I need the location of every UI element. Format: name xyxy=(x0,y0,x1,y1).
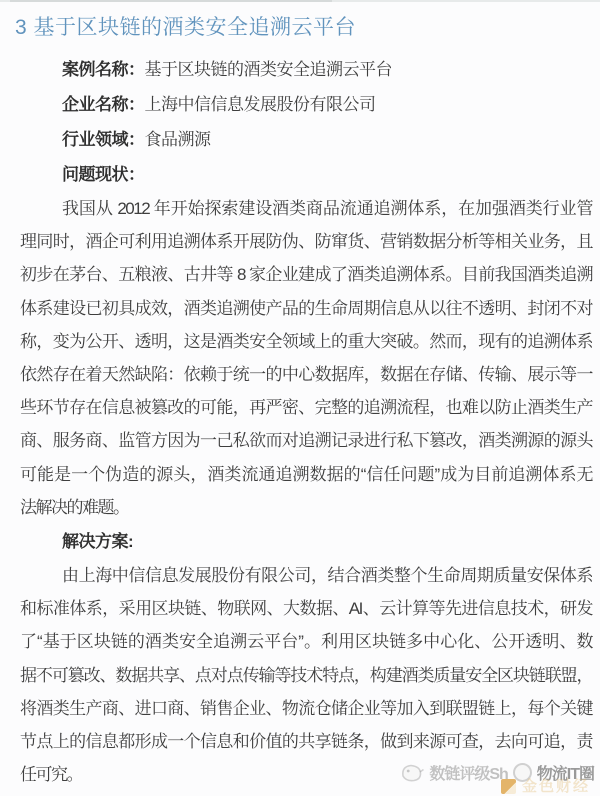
page-title: 3 基于区块链的酒类安全追溯云平台 xyxy=(15,14,585,42)
meta-row: 企业名称：上海中信信息发展股份有限公司 xyxy=(62,87,590,122)
meta-row: 问题现状： xyxy=(62,157,590,192)
meta-label: 问题现状： xyxy=(62,165,145,184)
paragraph-line: 可能是一个伪造的源头，酒类流通追溯数据的“信任问题”成为目前追溯体系无 xyxy=(20,458,592,491)
meta-value: 上海中信信息发展股份有限公司 xyxy=(145,95,376,114)
meta-value: 基于区块链的酒类安全追溯云平台 xyxy=(145,60,393,79)
meta-label: 企业名称： xyxy=(62,95,145,114)
paragraph-line: 我国从 2012 年开始探索建设酒类商品流通追溯体系，在加强酒类行业管 xyxy=(20,192,592,225)
paragraph-line: 了“基于区块链的酒类安全追溯云平台”。利用区块链多中心化、公开透明、数 xyxy=(20,625,592,658)
top-divider-segment xyxy=(10,0,332,2)
paragraph-line: 任可究。 xyxy=(20,758,592,791)
paragraph-line: 称，变为公开、透明，这是酒类安全领域上的重大突破。然而，现有的追溯体系 xyxy=(20,325,592,358)
paragraph-line: 节点上的信息都形成一个信息和价值的共享链条，做到来源可查，去向可追，责 xyxy=(20,725,592,758)
paragraph-line: 由上海中信信息发展股份有限公司，结合酒类整个生命周期质量安保体系 xyxy=(20,559,592,592)
paragraph-line: 法解决的难题。 xyxy=(20,491,592,524)
meta-label: 案例名称： xyxy=(62,60,145,79)
meta-list: 案例名称：基于区块链的酒类安全追溯云平台企业名称：上海中信信息发展股份有限公司行… xyxy=(0,52,600,192)
meta-label: 行业领域： xyxy=(62,130,145,149)
meta-value: 食品溯源 xyxy=(145,130,211,149)
solution-heading: 解决方案: xyxy=(0,524,600,559)
paragraph-line: 和标准体系，采用区块链、物联网、大数据、AI、云计算等先进信息技术，研发 xyxy=(20,592,592,625)
solution-paragraph: 由上海中信信息发展股份有限公司，结合酒类整个生命周期质量安保体系和标准体系，采用… xyxy=(0,559,600,791)
paragraph-line: 依然存在着天然缺陷：依赖于统一的中心数据库，数据在存储、传输、展示等一 xyxy=(20,358,592,391)
paragraph-line: 据不可篡改、数据共享、点对点传输等技术特点，构建酒类质量安全区块链联盟， xyxy=(20,659,592,692)
document-page: 3 基于区块链的酒类安全追溯云平台 案例名称：基于区块链的酒类安全追溯云平台企业… xyxy=(0,0,600,796)
paragraph-line: 体系建设已初具成效，酒类追溯使产品的生命周期信息从以往不透明、封闭不对 xyxy=(20,292,592,325)
paragraph-line: 将酒类生产商、进口商、销售企业、物流仓储企业等加入到联盟链上，每个关键 xyxy=(20,692,592,725)
meta-row: 案例名称：基于区块链的酒类安全追溯云平台 xyxy=(62,52,590,87)
paragraph-line: 些环节存在信息被篡改的可能，再严密、完整的追溯流程，也难以防止酒类生产 xyxy=(20,391,592,424)
paragraph-line: 理同时，酒企可利用追溯体系开展防伪、防窜货、营销数据分析等相关业务，且 xyxy=(20,225,592,258)
paragraph-line: 初步在茅台、五粮液、古井等 8 家企业建成了酒类追溯体系。目前我国酒类追溯 xyxy=(20,258,592,291)
paragraph-line: 商、服务商、监管方因为一己私欲而对追溯记录进行私下篡改，酒类溯源的源头 xyxy=(20,424,592,457)
problem-paragraph: 我国从 2012 年开始探索建设酒类商品流通追溯体系，在加强酒类行业管理同时，酒… xyxy=(0,192,600,524)
meta-row: 行业领域：食品溯源 xyxy=(62,122,590,157)
